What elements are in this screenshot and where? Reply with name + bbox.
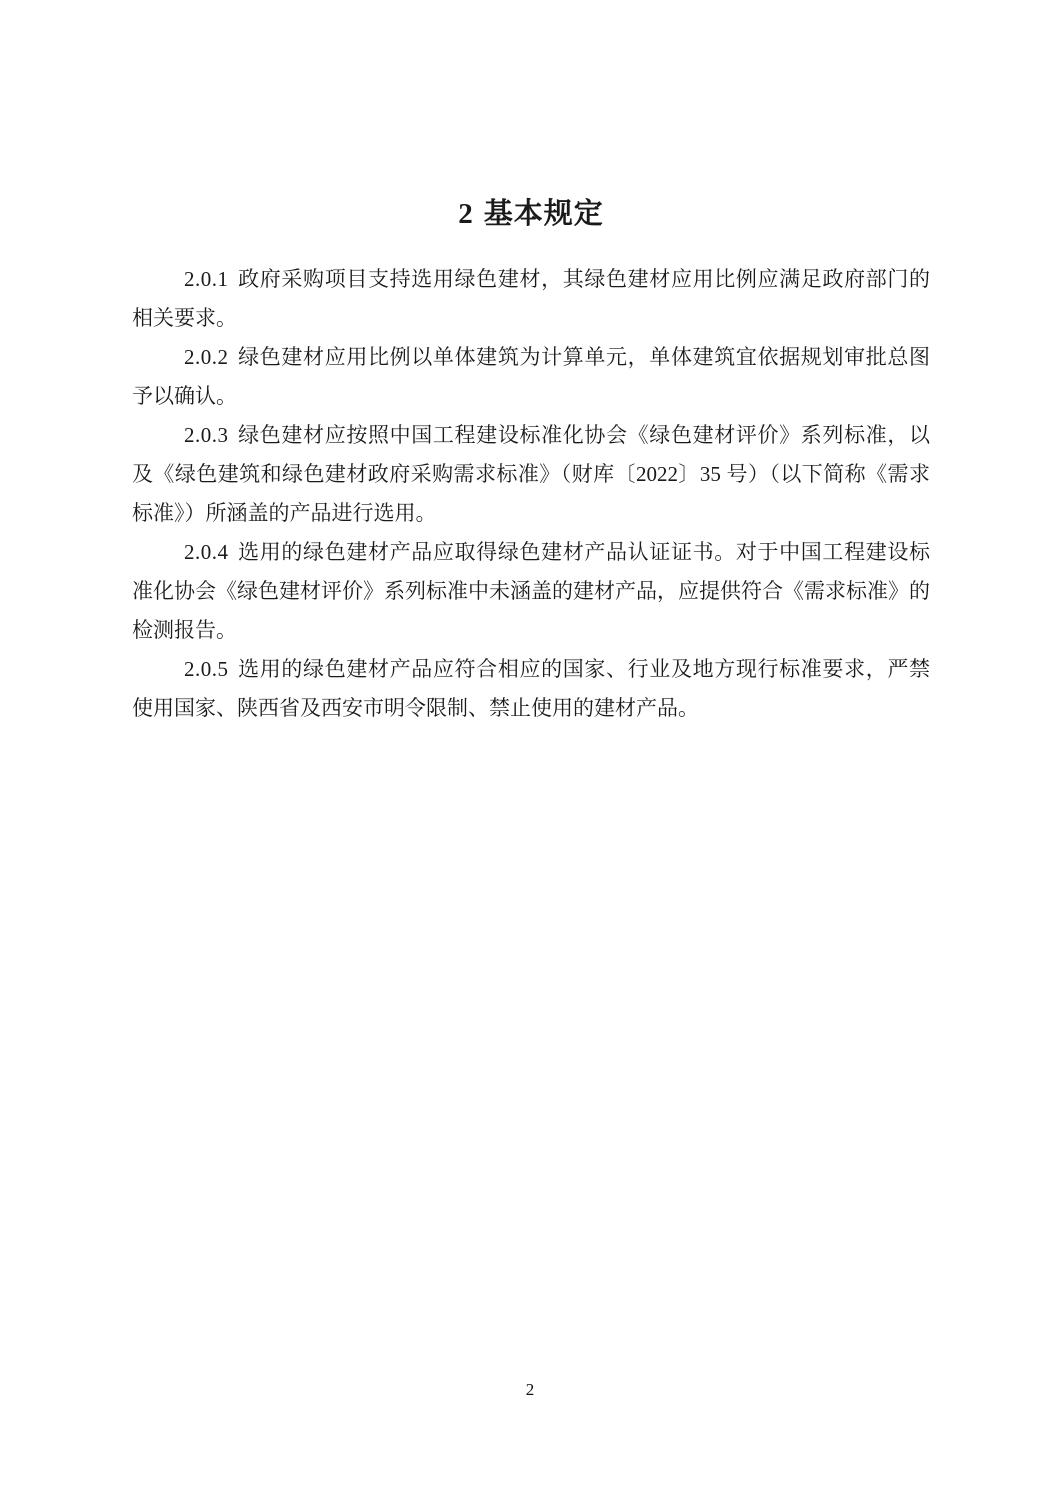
paragraph-text: 绿色建材应按照中国工程建设标准化协会《绿色建材评价》系列标准，以及《绿色建筑和绿… bbox=[132, 423, 930, 525]
paragraph-2-0-5: 2.0.5选用的绿色建材产品应符合相应的国家、行业及地方现行标准要求，严禁使用国… bbox=[132, 650, 930, 728]
paragraph-2-0-2: 2.0.2绿色建材应用比例以单体建筑为计算单元，单体建筑宜依据规划审批总图予以确… bbox=[132, 338, 930, 416]
paragraph-text: 绿色建材应用比例以单体建筑为计算单元，单体建筑宜依据规划审批总图予以确认。 bbox=[132, 345, 930, 408]
page-number: 2 bbox=[0, 1379, 1060, 1401]
document-body: 2.0.1政府采购项目支持选用绿色建材，其绿色建材应用比例应满足政府部门的相关要… bbox=[132, 260, 930, 728]
page-title: 2基本规定 bbox=[132, 0, 930, 234]
chapter-title-text: 基本规定 bbox=[484, 198, 604, 230]
document-content: 2基本规定 2.0.1政府采购项目支持选用绿色建材，其绿色建材应用比例应满足政府… bbox=[132, 0, 930, 728]
section-number: 2.0.3 bbox=[184, 423, 229, 447]
paragraph-2-0-4: 2.0.4选用的绿色建材产品应取得绿色建材产品认证证书。对于中国工程建设标准化协… bbox=[132, 533, 930, 650]
paragraph-text: 政府采购项目支持选用绿色建材，其绿色建材应用比例应满足政府部门的相关要求。 bbox=[132, 267, 930, 330]
document-page: 2基本规定 2.0.1政府采购项目支持选用绿色建材，其绿色建材应用比例应满足政府… bbox=[0, 0, 1060, 1500]
section-number: 2.0.1 bbox=[184, 267, 229, 291]
paragraph-text: 选用的绿色建材产品应符合相应的国家、行业及地方现行标准要求，严禁使用国家、陕西省… bbox=[132, 657, 930, 720]
paragraph-2-0-3: 2.0.3绿色建材应按照中国工程建设标准化协会《绿色建材评价》系列标准，以及《绿… bbox=[132, 416, 930, 533]
paragraph-2-0-1: 2.0.1政府采购项目支持选用绿色建材，其绿色建材应用比例应满足政府部门的相关要… bbox=[132, 260, 930, 338]
chapter-number: 2 bbox=[458, 198, 474, 230]
section-number: 2.0.5 bbox=[184, 657, 229, 681]
section-number: 2.0.4 bbox=[184, 540, 229, 564]
paragraph-text: 选用的绿色建材产品应取得绿色建材产品认证证书。对于中国工程建设标准化协会《绿色建… bbox=[132, 540, 930, 642]
section-number: 2.0.2 bbox=[184, 345, 229, 369]
